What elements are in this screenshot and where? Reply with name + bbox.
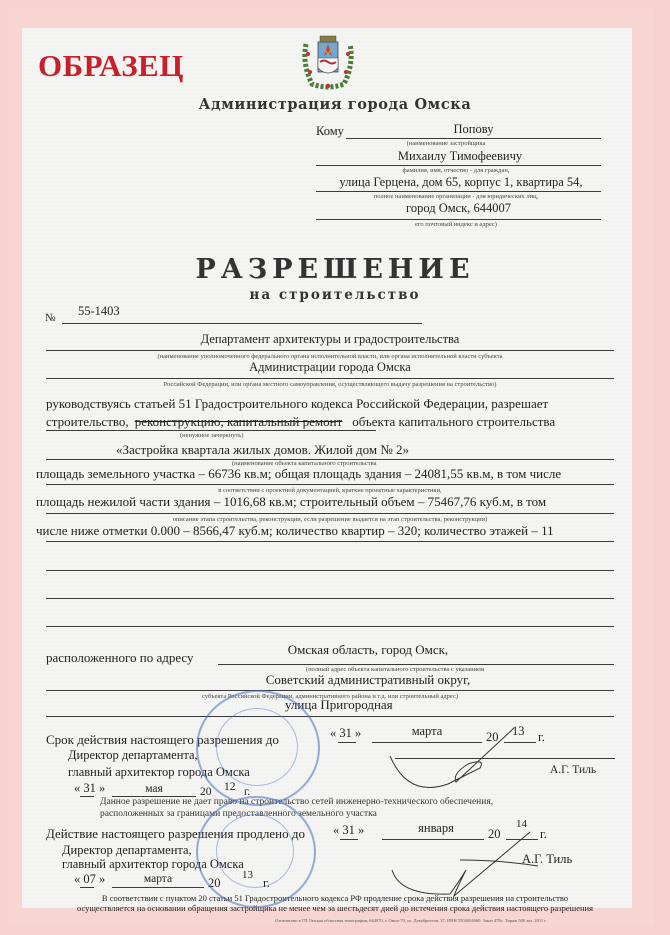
recipient-hint-3: полное наименование организации - для юр… xyxy=(316,193,596,200)
object-name: «Застройка квартала жилых домов. Жилой д… xyxy=(116,442,409,458)
official-stamp-1 xyxy=(196,690,320,806)
issuer-hint-2: Российской Федерации, или органа местног… xyxy=(46,381,614,388)
validity-sign-day: « 31 » xyxy=(74,781,105,796)
location-line-2: Советский административный округ, xyxy=(218,672,518,688)
extension-signer-title-1: Директор департамента, xyxy=(62,843,192,858)
printer-imprint: Отпечатано в ГП Омская областная типогра… xyxy=(275,918,547,923)
recipient-address: улица Герцена, дом 65, корпус 1, квартир… xyxy=(316,175,606,190)
validity-signer-name: А.Г. Тиль xyxy=(550,764,596,776)
recipient-hint-4: его почтовый индекс и адрес) xyxy=(316,221,596,228)
administration-title: Администрация города Омска xyxy=(0,96,670,113)
validity-day: « 31 » xyxy=(330,726,361,741)
extension-year: 14 xyxy=(516,818,527,830)
work-type-struck: реконструкцию, капитальный ремонт xyxy=(135,414,343,430)
to-label: Кому xyxy=(316,124,344,139)
characteristics-hint-2: описание этапа строительства, реконструк… xyxy=(46,516,614,523)
sample-watermark: ОБРАЗЕЦ xyxy=(38,48,184,84)
strike-hint: (ненужное зачеркнуть) xyxy=(180,432,243,439)
location-label: расположенного по адресу xyxy=(46,650,194,666)
validity-sign-month: мая xyxy=(112,783,196,795)
location-line-1: Омская область, город Омск, xyxy=(218,642,518,658)
omsk-coat-of-arms-icon xyxy=(298,34,358,90)
number-label: № xyxy=(45,312,56,324)
work-type-object: объекта капитального строительства xyxy=(352,414,555,430)
footer-note-1: В соответствии с пунктом 20 статьи 51 Гр… xyxy=(20,893,650,903)
body-line-2: строительство, реконструкцию, капитальны… xyxy=(46,414,614,430)
validity-signer-title-1: Директор департамента, xyxy=(68,748,198,763)
recipient-surname: Попову xyxy=(346,122,601,137)
signature-1-icon xyxy=(388,728,518,800)
recipient-hint-2: фамилия, имя, отчество - для граждан, xyxy=(316,167,596,174)
signature-2-icon xyxy=(390,830,540,900)
validity-year-suffix: г. xyxy=(538,730,545,745)
recipient-city: город Омск, 644007 xyxy=(316,201,601,216)
body-line-1: руководствуясь статьей 51 Градостроитель… xyxy=(46,396,548,412)
recipient-name: Михаилу Тимофеевичу xyxy=(330,149,590,164)
characteristics-line-2: площадь нежилой части здания – 1016,68 к… xyxy=(36,494,546,510)
work-type-construction: строительство, xyxy=(46,414,129,430)
extension-day: « 31 » xyxy=(333,823,364,838)
extension-year-suffix: г. xyxy=(540,827,547,842)
characteristics-line-1: площадь земельного участка – 66736 кв.м;… xyxy=(36,466,561,482)
extension-sign-day: « 07 » xyxy=(74,872,105,887)
permit-subtitle: на строительство xyxy=(0,287,670,303)
issuer-hint-1: (наименование уполномоченного федерально… xyxy=(46,353,614,360)
characteristics-line-3: числе ниже отметки 0.000 – 8566,47 куб.м… xyxy=(36,523,554,539)
footer-note-2: осуществляется на основании обращения за… xyxy=(20,903,650,913)
recipient-hint-1: (наименование застройщика xyxy=(346,140,546,147)
extension-sign-month: марта xyxy=(112,873,204,885)
official-stamp-2 xyxy=(196,796,316,908)
issuer-line-1: Департамент архитектуры и градостроитель… xyxy=(46,332,614,347)
characteristics-hint-1: в соответствии с проектной документацией… xyxy=(46,487,614,494)
issuer-line-2: Администрации города Омска xyxy=(46,360,614,375)
permit-number: 55-1403 xyxy=(78,304,120,319)
permit-title: РАЗРЕШЕНИЕ xyxy=(0,254,670,285)
